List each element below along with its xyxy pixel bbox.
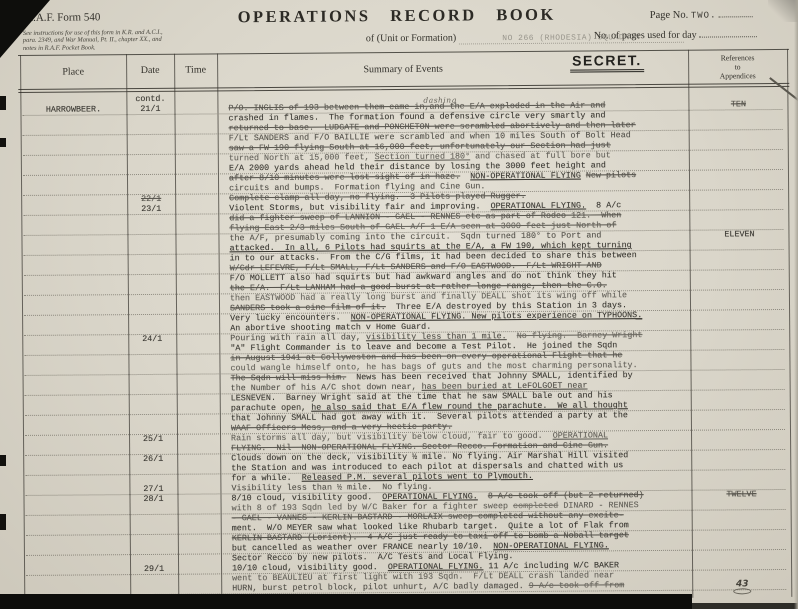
time-cell (176, 283, 219, 293)
date-cell: contd. (126, 94, 174, 104)
summary-text (507, 331, 517, 341)
time-cell (175, 223, 218, 233)
time-cell (177, 423, 220, 433)
date-cell (128, 354, 176, 364)
column-header-time: Time (174, 64, 217, 75)
date-value: contd. (135, 94, 165, 104)
paper-sheet: R.A.F. Form 540 See instructions for use… (0, 0, 798, 609)
time-cell (175, 233, 218, 243)
date-value: 23/1 (141, 204, 161, 214)
dotted-rule (719, 8, 753, 17)
date-cell (130, 544, 178, 554)
date-cell (128, 284, 176, 294)
date-cell (129, 404, 177, 414)
time-cell (176, 263, 219, 273)
date-cell (128, 314, 176, 324)
time-cell (174, 113, 217, 123)
column-header-appendices: References to Appendices (688, 53, 787, 81)
appendix-cell: 43 (692, 579, 792, 595)
date-cell (128, 294, 176, 304)
summary-text (460, 171, 470, 181)
date-value: 27/1 (143, 484, 163, 494)
date-cell (126, 114, 174, 124)
time-cell (174, 93, 217, 103)
date-cell (129, 444, 177, 454)
time-cell (178, 573, 221, 583)
scan-edge-artifact (0, 514, 6, 530)
time-cell (175, 203, 218, 213)
form-instructions: See instructions for use of this form in… (23, 28, 238, 52)
appendix-note: 43 (736, 579, 749, 589)
summary-text: completed (513, 501, 558, 511)
date-cell (127, 134, 175, 144)
time-cell (178, 533, 221, 543)
appendix-note: TEN (731, 99, 746, 109)
time-cell (175, 153, 218, 163)
time-cell (177, 473, 220, 483)
date-value: 29/1 (144, 564, 164, 574)
date-value: 26/1 (143, 454, 163, 464)
page-number-value: TWO. (691, 10, 717, 20)
date-value: 28/1 (143, 494, 163, 504)
date-cell (130, 574, 178, 584)
unit-label: of (Unit or Formation) (366, 33, 456, 45)
date-cell (128, 254, 176, 264)
time-cell (175, 213, 218, 223)
time-cell (175, 173, 218, 183)
time-cell (176, 333, 219, 343)
date-cell (129, 464, 177, 474)
summary-text: 8 A/c (586, 200, 621, 210)
time-cell (178, 513, 221, 523)
record-rows: contd.HARROWBEER.21/1P/O. INGLIS of 193 … (20, 89, 792, 595)
summary-text: for a while. (231, 473, 301, 484)
time-cell (175, 123, 218, 133)
date-cell (127, 164, 175, 174)
date-cell: 27/1 (129, 484, 177, 494)
time-cell (177, 463, 220, 473)
time-cell (176, 273, 219, 283)
time-cell (177, 483, 220, 493)
time-cell (177, 373, 220, 383)
page-number-label: Page No. (650, 10, 689, 21)
date-cell (128, 264, 176, 274)
time-cell (176, 363, 219, 373)
column-header-place: Place (20, 66, 126, 78)
scan-edge-artifact (692, 603, 798, 609)
time-cell (177, 493, 220, 503)
time-cell (178, 543, 221, 553)
time-cell (176, 243, 219, 253)
time-cell (175, 133, 218, 143)
time-cell (175, 193, 218, 203)
page-number: Page No. TWO. (650, 8, 753, 21)
date-cell: 22/1 (127, 194, 175, 204)
summary-text (478, 491, 488, 501)
date-cell (128, 364, 176, 374)
date-cell: 29/1 (130, 564, 178, 574)
time-cell (176, 303, 219, 313)
time-cell (176, 253, 219, 263)
pages-used-line: No. of pages used for day (594, 28, 757, 41)
time-cell (175, 163, 218, 173)
time-cell (177, 433, 220, 443)
date-value: 25/1 (143, 434, 163, 444)
date-cell: 23/1 (127, 204, 175, 214)
summary-text: OPERATIONAL (553, 430, 608, 440)
handwritten-insertion: dashing (423, 96, 457, 106)
date-cell: 28/1 (129, 494, 177, 504)
time-cell (178, 563, 221, 573)
time-cell (177, 443, 220, 453)
date-cell (127, 144, 175, 154)
summary-text: New pilots (586, 170, 636, 180)
date-cell (129, 474, 177, 484)
date-cell (127, 124, 175, 134)
time-cell (178, 553, 221, 563)
date-value: 22/1 (141, 194, 161, 204)
scan-edge-artifact (0, 455, 6, 466)
date-cell: 26/1 (129, 454, 177, 464)
form-instructions-line: notes in R.A.F. Pocket Book. (23, 43, 238, 52)
pencil-scribble (733, 588, 751, 594)
scan-edge-artifact (0, 138, 6, 147)
time-cell (177, 413, 220, 423)
scanned-page: R.A.F. Form 540 See instructions for use… (0, 0, 798, 609)
date-cell (127, 234, 175, 244)
time-cell (176, 353, 219, 363)
time-cell (177, 453, 220, 463)
scan-edge-artifact (0, 96, 6, 110)
scan-edge-artifact (794, 0, 798, 609)
date-cell (127, 154, 175, 164)
column-header-date: Date (126, 65, 174, 76)
date-cell (128, 274, 176, 284)
summary-text: parachute open, (231, 403, 311, 414)
date-cell (130, 504, 178, 514)
time-cell (178, 523, 221, 533)
time-cell (177, 393, 220, 403)
time-cell (177, 383, 220, 393)
date-cell (129, 384, 177, 394)
date-cell (130, 514, 178, 524)
date-cell (128, 324, 176, 334)
date-cell (128, 344, 176, 354)
column-header-summary: Summary of Events (238, 63, 568, 77)
scan-bottom-bar (0, 594, 692, 609)
date-cell (128, 244, 176, 254)
summary-text: DINARD - RENNES (558, 500, 638, 511)
date-cell (130, 524, 178, 534)
page-content: R.A.F. Form 540 See instructions for use… (0, 0, 798, 609)
date-cell (127, 184, 175, 194)
date-cell (127, 224, 175, 234)
date-cell (128, 304, 176, 314)
time-cell (176, 343, 219, 353)
date-cell (129, 424, 177, 434)
time-cell (174, 103, 217, 113)
dotted-rule (699, 28, 757, 37)
appendix-note: ELEVEN (724, 229, 754, 239)
time-cell (175, 183, 218, 193)
date-cell: 24/1 (128, 334, 176, 344)
date-cell: 21/1 (126, 104, 174, 114)
time-cell (176, 323, 219, 333)
date-cell (130, 534, 178, 544)
date-cell: 25/1 (129, 434, 177, 444)
pages-used-label: No. of pages used for day (594, 30, 697, 42)
summary-text: 9 A/c took off from (529, 580, 625, 591)
date-value: 24/1 (142, 334, 162, 344)
date-cell (129, 374, 177, 384)
date-cell (127, 174, 175, 184)
time-cell (176, 313, 219, 323)
date-cell (129, 394, 177, 404)
date-cell (130, 554, 178, 564)
time-cell (175, 143, 218, 153)
time-cell (177, 403, 220, 413)
time-cell (178, 503, 221, 513)
date-value: 21/1 (140, 104, 160, 114)
summary-text: HURN, burst petrol block, pilot unhurt, … (232, 581, 529, 593)
secret-stamp: SECRET. (570, 52, 644, 73)
date-cell (127, 214, 175, 224)
appendix-note: TWELVE (726, 489, 756, 499)
date-cell (129, 414, 177, 424)
time-cell (176, 293, 219, 303)
